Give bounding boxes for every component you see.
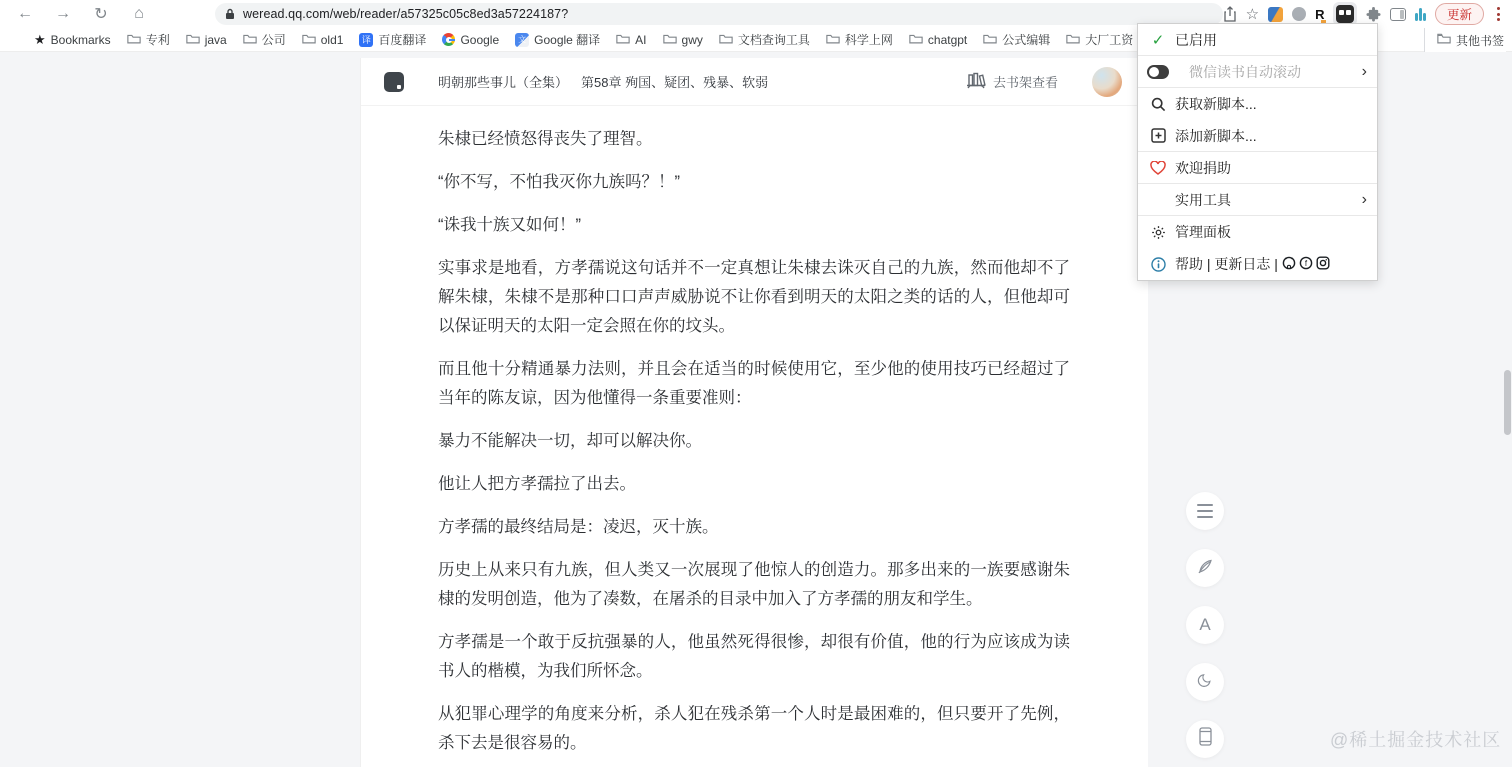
chevron-right-icon: › bbox=[1362, 64, 1367, 80]
share-icon[interactable] bbox=[1223, 6, 1237, 22]
browser-menu-icon[interactable] bbox=[1493, 5, 1504, 23]
font-size-button[interactable]: A bbox=[1186, 606, 1224, 644]
bookmark-folder[interactable]: gwy bbox=[657, 31, 709, 49]
extension-icon-gray[interactable] bbox=[1292, 7, 1306, 21]
bookmark-folder[interactable]: 大厂工资 bbox=[1060, 29, 1139, 50]
baidu-translate-icon: 译 bbox=[359, 33, 373, 47]
paragraph: 方孝孺是一个敢于反抗强暴的人，他虽然死得很惨，却很有价值，他的行为应该成为读书人… bbox=[438, 628, 1070, 686]
menu-item-get-new-scripts[interactable]: 获取新脚本... bbox=[1138, 88, 1377, 120]
watermark: @稀土掘金技术社区 bbox=[1330, 726, 1501, 752]
folder-icon bbox=[616, 33, 630, 47]
menu-item-enabled[interactable]: ✓ 已启用 bbox=[1138, 24, 1377, 56]
contents-button[interactable] bbox=[1186, 492, 1224, 530]
folder-icon bbox=[826, 33, 840, 47]
menu-item-utilities[interactable]: 实用工具 › bbox=[1138, 184, 1377, 216]
instagram-icon[interactable] bbox=[1316, 256, 1330, 273]
svg-text:f: f bbox=[1305, 259, 1308, 268]
bookmark-folder[interactable]: chatgpt bbox=[903, 31, 973, 49]
notes-button[interactable] bbox=[1186, 549, 1224, 587]
url-text: weread.qq.com/web/reader/a57325c05c8ed3a… bbox=[243, 7, 568, 21]
paragraph: 方孝孺的最终结局是：凌迟，灭十族。 bbox=[438, 513, 1070, 542]
bookmark-folder[interactable]: java bbox=[180, 31, 233, 49]
folder-icon bbox=[302, 33, 316, 47]
bookmark-folder[interactable]: 公司 bbox=[237, 29, 292, 50]
heart-icon bbox=[1147, 161, 1169, 175]
check-icon: ✓ bbox=[1147, 31, 1169, 49]
extension-icon-teal[interactable] bbox=[1415, 7, 1426, 21]
extension-icon-colorful[interactable] bbox=[1268, 7, 1283, 22]
extensions-puzzle-icon[interactable] bbox=[1366, 7, 1381, 22]
paragraph: “你不写，不怕我灭你九族吗？！” bbox=[438, 168, 1070, 197]
paragraph: “诛我十族又如何！” bbox=[438, 211, 1070, 240]
book-icon[interactable] bbox=[384, 72, 404, 92]
bookmark-folder[interactable]: 文Google 翻译 bbox=[509, 29, 606, 50]
phone-icon bbox=[1199, 727, 1212, 751]
reader-header: 明朝那些事儿（全集） 第58章 殉国、疑团、残暴、软弱 去书架查看 bbox=[361, 58, 1148, 106]
menu-item-help[interactable]: 帮助 | 更新日志 | f bbox=[1138, 248, 1377, 280]
folder-icon bbox=[127, 33, 141, 47]
bookmarks-root[interactable]: ★ Bookmarks bbox=[28, 30, 117, 50]
folder-icon bbox=[186, 33, 200, 47]
bookshelf-icon bbox=[966, 72, 986, 92]
chapter-title: 第58章 殉国、疑团、残暴、软弱 bbox=[581, 72, 768, 91]
info-icon bbox=[1147, 257, 1169, 272]
menu-item-donate[interactable]: 欢迎捐助 bbox=[1138, 152, 1377, 184]
mobile-device-button[interactable] bbox=[1186, 720, 1224, 758]
chevron-right-icon: › bbox=[1362, 192, 1367, 208]
tampermonkey-menu: ✓ 已启用 微信读书自动滚动 › 获取新脚本... 添加新脚本... 欢迎捐助 … bbox=[1137, 23, 1378, 281]
contents-icon bbox=[1197, 504, 1213, 517]
folder-icon bbox=[243, 33, 257, 47]
google-translate-icon: 文 bbox=[515, 33, 529, 47]
add-script-icon bbox=[1147, 128, 1169, 143]
google-icon bbox=[442, 33, 455, 46]
bookmark-folder[interactable]: 文档查询工具 bbox=[713, 29, 816, 50]
github-icon[interactable] bbox=[1282, 256, 1296, 273]
url-bar[interactable]: weread.qq.com/web/reader/a57325c05c8ed3a… bbox=[215, 3, 1223, 25]
extension-icon-r[interactable]: R bbox=[1315, 8, 1324, 21]
paragraph: 实事求是地看，方孝孺说这句话并不一定真想让朱棣去诛灭自己的九族，然而他却不了解朱… bbox=[438, 254, 1070, 341]
folder-icon bbox=[719, 33, 733, 47]
reader-content: 朱棣已经愤怒得丧失了理智。“你不写，不怕我灭你九族吗？！”“诛我十族又如何！”实… bbox=[361, 106, 1148, 758]
paragraph: 暴力不能解决一切，却可以解决你。 bbox=[438, 427, 1070, 456]
folder-icon bbox=[909, 33, 923, 47]
bookmark-folder[interactable]: 科学上网 bbox=[820, 29, 899, 50]
scrollbar-thumb[interactable] bbox=[1504, 370, 1511, 435]
bookmark-star-icon[interactable]: ☆ bbox=[1246, 5, 1259, 23]
other-bookmarks[interactable]: 其他书签 bbox=[1435, 30, 1506, 51]
paragraph: 而且他十分精通暴力法则，并且会在适当的时候使用它，至少他的使用技巧已经超过了当年… bbox=[438, 355, 1070, 413]
folder-icon bbox=[983, 33, 997, 47]
book-title: 明朝那些事儿（全集） bbox=[438, 72, 568, 91]
home-button[interactable]: ⌂ bbox=[126, 3, 152, 25]
bookmark-folder[interactable]: old1 bbox=[296, 31, 350, 49]
folder-icon bbox=[663, 33, 677, 47]
bookmark-folder[interactable]: Google bbox=[436, 31, 505, 49]
bookmark-folder[interactable]: 译百度翻译 bbox=[353, 29, 432, 50]
lock-icon bbox=[225, 8, 235, 20]
go-to-bookshelf-link[interactable]: 去书架查看 bbox=[966, 72, 1058, 92]
search-icon bbox=[1147, 97, 1169, 112]
moon-icon bbox=[1197, 672, 1213, 693]
paragraph: 历史上从来只有九族，但人类又一次展现了他惊人的创造力。那多出来的一族要感谢朱棣的… bbox=[438, 556, 1070, 614]
reload-button[interactable]: ↻ bbox=[88, 3, 114, 25]
update-button[interactable]: 更新 bbox=[1435, 3, 1484, 25]
paragraph: 从犯罪心理学的角度来分析，杀人犯在残杀第一个人时是最困难的，但只要开了先例，杀下… bbox=[438, 700, 1070, 758]
menu-item-weread-autoscroll[interactable]: 微信读书自动滚动 › bbox=[1138, 56, 1377, 88]
forward-button[interactable]: → bbox=[50, 3, 76, 25]
gear-icon bbox=[1147, 225, 1169, 240]
back-button[interactable]: ← bbox=[12, 3, 38, 25]
paragraph: 朱棣已经愤怒得丧失了理智。 bbox=[438, 125, 1070, 154]
bookmark-folder[interactable]: 专利 bbox=[121, 29, 176, 50]
facebook-icon[interactable]: f bbox=[1299, 256, 1313, 273]
paragraph: 他让人把方孝孺拉了出去。 bbox=[438, 470, 1070, 499]
folder-icon bbox=[1066, 33, 1080, 47]
toggle-icon[interactable] bbox=[1147, 65, 1169, 79]
reader-panel: 明朝那些事儿（全集） 第58章 殉国、疑团、残暴、软弱 去书架查看 朱棣已经愤怒… bbox=[360, 58, 1148, 767]
side-panel-icon[interactable] bbox=[1390, 8, 1406, 21]
menu-item-dashboard[interactable]: 管理面板 bbox=[1138, 216, 1377, 248]
menu-item-add-new-script[interactable]: 添加新脚本... bbox=[1138, 120, 1377, 152]
dark-mode-button[interactable] bbox=[1186, 663, 1224, 701]
star-icon: ★ bbox=[34, 32, 46, 48]
font-size-icon: A bbox=[1199, 615, 1210, 635]
bookmark-folder[interactable]: AI bbox=[610, 31, 652, 49]
bookmark-folder[interactable]: 公式编辑 bbox=[977, 29, 1056, 50]
quill-icon bbox=[1196, 557, 1214, 580]
folder-icon bbox=[1437, 33, 1451, 47]
avatar[interactable] bbox=[1092, 67, 1122, 97]
